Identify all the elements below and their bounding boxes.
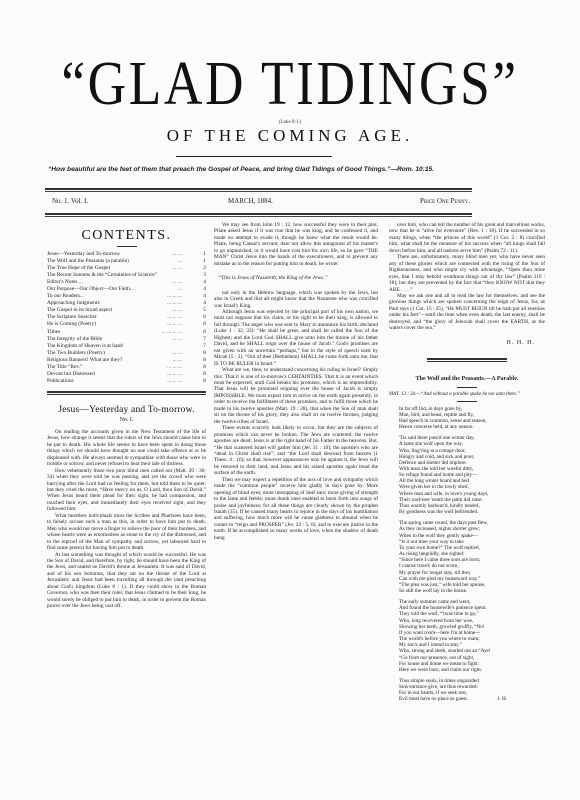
poem-line: Here we were born, and claim our right.: [399, 667, 545, 673]
contents-item: The Gospel in its broad aspect... ...5: [47, 307, 206, 314]
article-signature: H. H. H.: [389, 340, 535, 346]
contents-item-page: 8: [196, 357, 206, 364]
contents-item: Devout but Distressed... ... ...8: [47, 371, 206, 378]
article-paragraph: What heartless individuals must the Scri…: [47, 513, 206, 552]
article-paragraph: There are, unfortunately, many blind men…: [389, 254, 545, 293]
article-paragraph: over him, who can tell the number of his…: [389, 222, 545, 254]
parable-poem: In far off Ind, in days gone by,Man, bir…: [389, 406, 545, 703]
contents-item: Approaching Judgments... ... ...4: [47, 300, 206, 307]
article-paragraph: At last something was thought of which w…: [47, 552, 206, 610]
contents-item: Publications... ... ...8: [47, 378, 206, 385]
contents-item-leader: ... ... ...: [84, 293, 196, 300]
contents-item-leader: ... ...: [105, 350, 196, 357]
article-body-col1: On reading the accounts given in the New…: [47, 429, 206, 610]
poem-line: By goodness was the wolf befriended.: [399, 509, 545, 515]
contents-item-leader: ...: [129, 258, 196, 265]
article-inscription-quote: “This is Jesus of Nazareth, the King of …: [214, 275, 378, 281]
contents-item-page: 6: [196, 329, 206, 336]
article-paragraph: Then we may expect a repetition of the a…: [214, 477, 378, 542]
contents-item-title: The Integrity of the Bible: [47, 336, 102, 343]
contents-item-leader: ... ... ...: [82, 364, 196, 371]
contents-item-title: Approaching Judgments: [47, 300, 100, 307]
contents-item-leader: ... ... ...: [74, 378, 196, 385]
article-paragraph: May we ask one and all to read the law f…: [389, 293, 545, 332]
contents-end-rule: [47, 391, 206, 395]
contents-item-page: 3: [196, 272, 206, 279]
contents-item-title: Editor's Notes ...: [47, 279, 83, 286]
parable-rule-2: [457, 401, 477, 402]
contents-title: CONTENTS.: [47, 228, 206, 244]
contents-item-leader: ... ...: [112, 307, 196, 314]
masthead-reference: (Luke 8:1.): [0, 120, 580, 125]
article-paragraph: How vehemently those two poor blind men …: [47, 468, 206, 513]
contents-item: The Recent Sonnets & the “Certainties of…: [47, 272, 206, 279]
section-divider: [427, 358, 507, 362]
contents-item-leader: ... ... ...: [96, 321, 196, 328]
contents-item-title: Tithes: [47, 329, 60, 336]
poem-signature: J. H.: [497, 696, 507, 702]
contents-item-leader: ... ...: [122, 357, 196, 364]
contents-item-page: 7: [196, 336, 206, 343]
masthead-subtitle: OF THE COMING AGE.: [0, 126, 580, 146]
poem-stanza: In far off Ind, in days gone by,Man, bir…: [399, 406, 545, 431]
issue-line: No. 1. Vol. I. MARCH, 1884. Price One Pe…: [50, 197, 470, 209]
contents-item: The Title “Rev.”... ... ...8: [47, 364, 206, 371]
contents-item-title: The Kingdom of Heaven is at hand: [47, 343, 123, 350]
column-2: We may see from John 19 : 12, how succes…: [214, 222, 378, 541]
contents-item-title: Publications: [47, 378, 74, 385]
contents-item: He is Coming (Poetry)... ... ...6: [47, 321, 206, 328]
poem-stanza: The early summer came and went,And found…: [399, 599, 545, 673]
contents-item-leader: [123, 343, 196, 350]
contents-item-title: The Gospel in its broad aspect: [47, 307, 112, 314]
contents-item: Tithes... ... ... ...6: [47, 329, 206, 336]
contents-item-page: 8: [196, 371, 206, 378]
contents-item-leader: ... ... ...: [100, 300, 196, 307]
issue-number: No. 1. Vol. I.: [52, 197, 88, 205]
contents-item: Our Purpose—Our Object—Our Faith......4: [47, 286, 206, 293]
poem-line: So still the wolf lay in the house.: [399, 588, 545, 594]
poem-stanza: Thus simple souls, in times unguardedSin…: [399, 678, 545, 703]
article-paragraph: not only in the Hebrew language, which w…: [214, 290, 378, 309]
contents-item-page: 5: [196, 307, 206, 314]
contents-item-leader: ... ... ...: [97, 314, 196, 321]
contents-item-page: 8: [196, 364, 206, 371]
parable-rule-1: [457, 387, 477, 388]
contents-item-page: 4: [196, 279, 206, 286]
contents-item: The Integrity of the Bible... ...7: [47, 336, 206, 343]
contents-item-title: To our Readers...: [47, 293, 84, 300]
contents-item-page: 1: [196, 251, 206, 258]
poem-stanza: The spring came round, the days past fle…: [399, 520, 545, 594]
contents-item-page: 4: [196, 286, 206, 293]
contents-item-page: 7: [196, 343, 206, 350]
contents-item-title: Devout but Distressed: [47, 371, 95, 378]
contents-item-leader: ... ... ... ...: [60, 329, 196, 336]
contents-item-leader: ... ...: [120, 251, 196, 258]
contents-list: Jesus—Yesterday and To-morrow... ...1The…: [47, 251, 206, 385]
contents-rule: [117, 246, 137, 247]
contents-item-page: 2: [196, 265, 206, 272]
issue-price: Price One Penny.: [420, 197, 470, 205]
masthead-rule: [176, 156, 332, 157]
contents-item-title: Religious Banners! What are they?: [47, 357, 122, 364]
contents-item-title: The Recent Sonnets & the “Certainties of…: [47, 272, 157, 279]
contents-item-title: The Two Builders (Poetry): [47, 350, 105, 357]
poem-line: Evil must have no place as guest.J. H.: [399, 696, 545, 702]
column-3: over him, who can tell the number of his…: [389, 222, 545, 708]
contents-item-leader: ... ...: [83, 279, 196, 286]
parable-title: The Wolf and the Peasants.—A Parable.: [389, 376, 545, 382]
article-paragraph: We may see from John 19 : 12, how succes…: [214, 222, 378, 267]
contents-item-leader: ...: [134, 286, 196, 293]
article-number: No. I.: [47, 416, 206, 424]
contents-item-page: 6: [196, 314, 206, 321]
contents-item-title: Jesus—Yesterday and To-morrow: [47, 251, 120, 258]
issue-date: MARCH, 1884.: [228, 197, 273, 205]
article-title: Jesus—Yesterday and To-morrow.: [47, 405, 206, 416]
poem-stanza: 'Tis said there pass'd one winter day,A …: [399, 435, 545, 515]
contents-item: Religious Banners! What are they?... ...…: [47, 357, 206, 364]
issue-rule-top: [45, 188, 472, 192]
contents-item-page: 8: [196, 350, 206, 357]
contents-item-page: 6: [196, 321, 206, 328]
contents-item-page: 1: [196, 258, 206, 265]
contents-item-title: He is Coming (Poetry): [47, 321, 96, 328]
newspaper-page: “GLAD TIDINGS” (Luke 8:1.) OF THE COMING…: [0, 0, 580, 800]
contents-item: To our Readers...... ... ...4: [47, 293, 206, 300]
parable-epigraph: MAT. 13 : 34.—“And without a parable spa…: [389, 392, 545, 398]
contents-item-page: 4: [196, 300, 206, 307]
contents-item-page: 8: [196, 378, 206, 385]
contents-item-leader: [157, 272, 196, 279]
article-paragraph: These events scarcely look likely to occ…: [214, 425, 378, 477]
article-paragraph: On reading the accounts given in the New…: [47, 429, 206, 468]
issue-rule-bottom: [45, 213, 472, 217]
contents-item: The Kingdom of Heaven is at hand7: [47, 343, 206, 350]
article-paragraph: Although Jesus was rejected by the princ…: [214, 309, 378, 367]
contents-item: Editor's Notes ...... ...4: [47, 279, 206, 286]
contents-item-leader: ... ...: [102, 336, 196, 343]
article-body-col3: over him, who can tell the number of his…: [389, 222, 545, 332]
contents-item-title: The Title “Rev.”: [47, 364, 82, 371]
article-body-col2: not only in the Hebrew language, which w…: [214, 290, 378, 542]
poem-line: Hence converse held, at any season.: [399, 424, 545, 430]
article-paragraph: What are we, then, to understand concern…: [214, 367, 378, 425]
column-1: CONTENTS. Jesus—Yesterday and To-morrow.…: [47, 222, 206, 610]
masthead-title: “GLAD TIDINGS”: [41, 53, 540, 115]
contents-item-title: Our Purpose—Our Object—Our Faith...: [47, 286, 134, 293]
masthead-motto: “How beautiful are the feet of them that…: [48, 166, 536, 173]
contents-item: Jesus—Yesterday and To-morrow... ...1: [47, 251, 206, 258]
contents-item-page: 4: [196, 293, 206, 300]
contents-item-leader: ... ... ...: [95, 371, 196, 378]
contents-item: The Two Builders (Poetry)... ...8: [47, 350, 206, 357]
